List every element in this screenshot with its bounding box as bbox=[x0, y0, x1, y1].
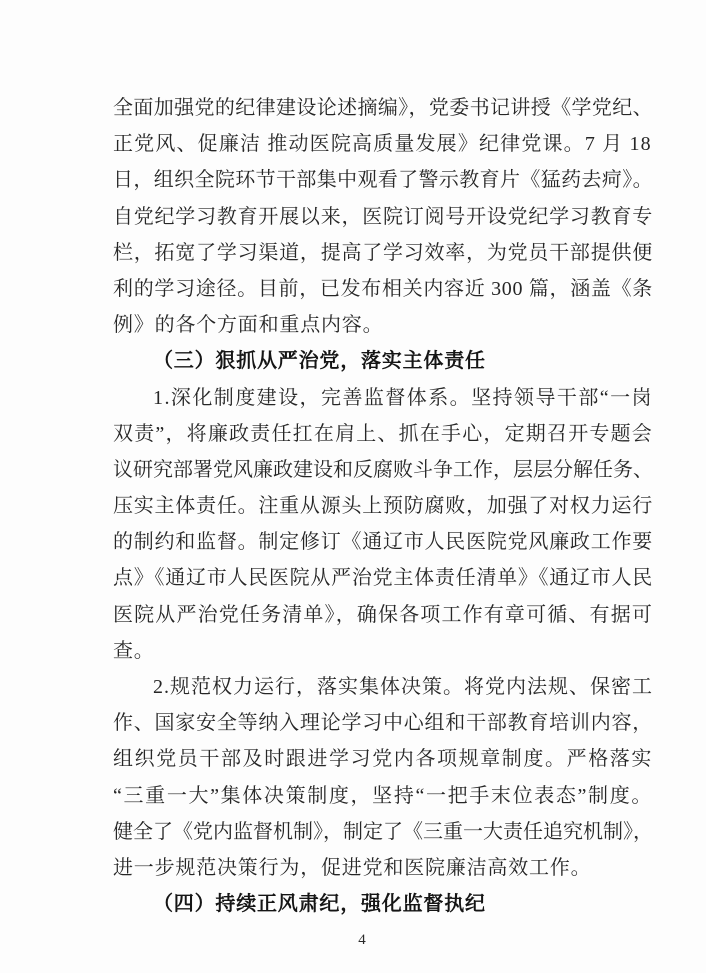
body-line: 查。 bbox=[113, 633, 653, 669]
section-heading: （三）狠抓从严治党，落实主体责任 bbox=[113, 343, 653, 379]
body-line: 作、国家安全等纳入理论学习中心组和干部教育培训内容， bbox=[113, 705, 653, 741]
page-number: 4 bbox=[358, 931, 366, 949]
section-heading: （四）持续正风肃纪，强化监督执纪 bbox=[113, 886, 653, 922]
body-line: 进一步规范决策行为，促进党和医院廉洁高效工作。 bbox=[113, 850, 653, 886]
body-line: 日，组织全院环节干部集中观看了警示教育片《猛药去疴》。 bbox=[113, 162, 653, 198]
body-line: 1.深化制度建设，完善监督体系。坚持领导干部“一岗 bbox=[113, 380, 653, 416]
body-line: 自党纪学习教育开展以来，医院订阅号开设党纪学习教育专 bbox=[113, 199, 653, 235]
body-line: 医院从严治党任务清单》，确保各项工作有章可循、有据可 bbox=[113, 597, 653, 633]
body-line: 议研究部署党风廉政建设和反腐败斗争工作，层层分解任务、 bbox=[113, 452, 653, 488]
body-line: 健全了《党内监督机制》，制定了《三重一大责任追究机制》， bbox=[113, 814, 653, 850]
scanned-document-page: 全面加强党的纪律建设论述摘编》，党委书记讲授《学党纪、正党风、促廉洁 推动医院高… bbox=[0, 0, 706, 973]
body-line: 组织党员干部及时跟进学习党内各项规章制度。严格落实 bbox=[113, 741, 653, 777]
body-line: 双责”，将廉政责任扛在肩上、抓在手心，定期召开专题会 bbox=[113, 416, 653, 452]
body-line: 点》《通辽市人民医院从严治党主体责任清单》《通辽市人民 bbox=[113, 560, 653, 596]
document-body: 全面加强党的纪律建设论述摘编》，党委书记讲授《学党纪、正党风、促廉洁 推动医院高… bbox=[113, 90, 653, 922]
body-line: 正党风、促廉洁 推动医院高质量发展》纪律党课。7 月 18 bbox=[113, 126, 653, 162]
body-line: 2.规范权力运行，落实集体决策。将党内法规、保密工 bbox=[113, 669, 653, 705]
body-line: “三重一大”集体决策制度，坚持“一把手末位表态”制度。 bbox=[113, 778, 653, 814]
body-line: 压实主体责任。注重从源头上预防腐败，加强了对权力运行 bbox=[113, 488, 653, 524]
body-line: 利的学习途径。目前，已发布相关内容近 300 篇，涵盖《条 bbox=[113, 271, 653, 307]
body-line: 的制约和监督。制定修订《通辽市人民医院党风廉政工作要 bbox=[113, 524, 653, 560]
body-line: 全面加强党的纪律建设论述摘编》，党委书记讲授《学党纪、 bbox=[113, 90, 653, 126]
body-line: 例》的各个方面和重点内容。 bbox=[113, 307, 653, 343]
body-line: 栏，拓宽了学习渠道，提高了学习效率，为党员干部提供便 bbox=[113, 235, 653, 271]
